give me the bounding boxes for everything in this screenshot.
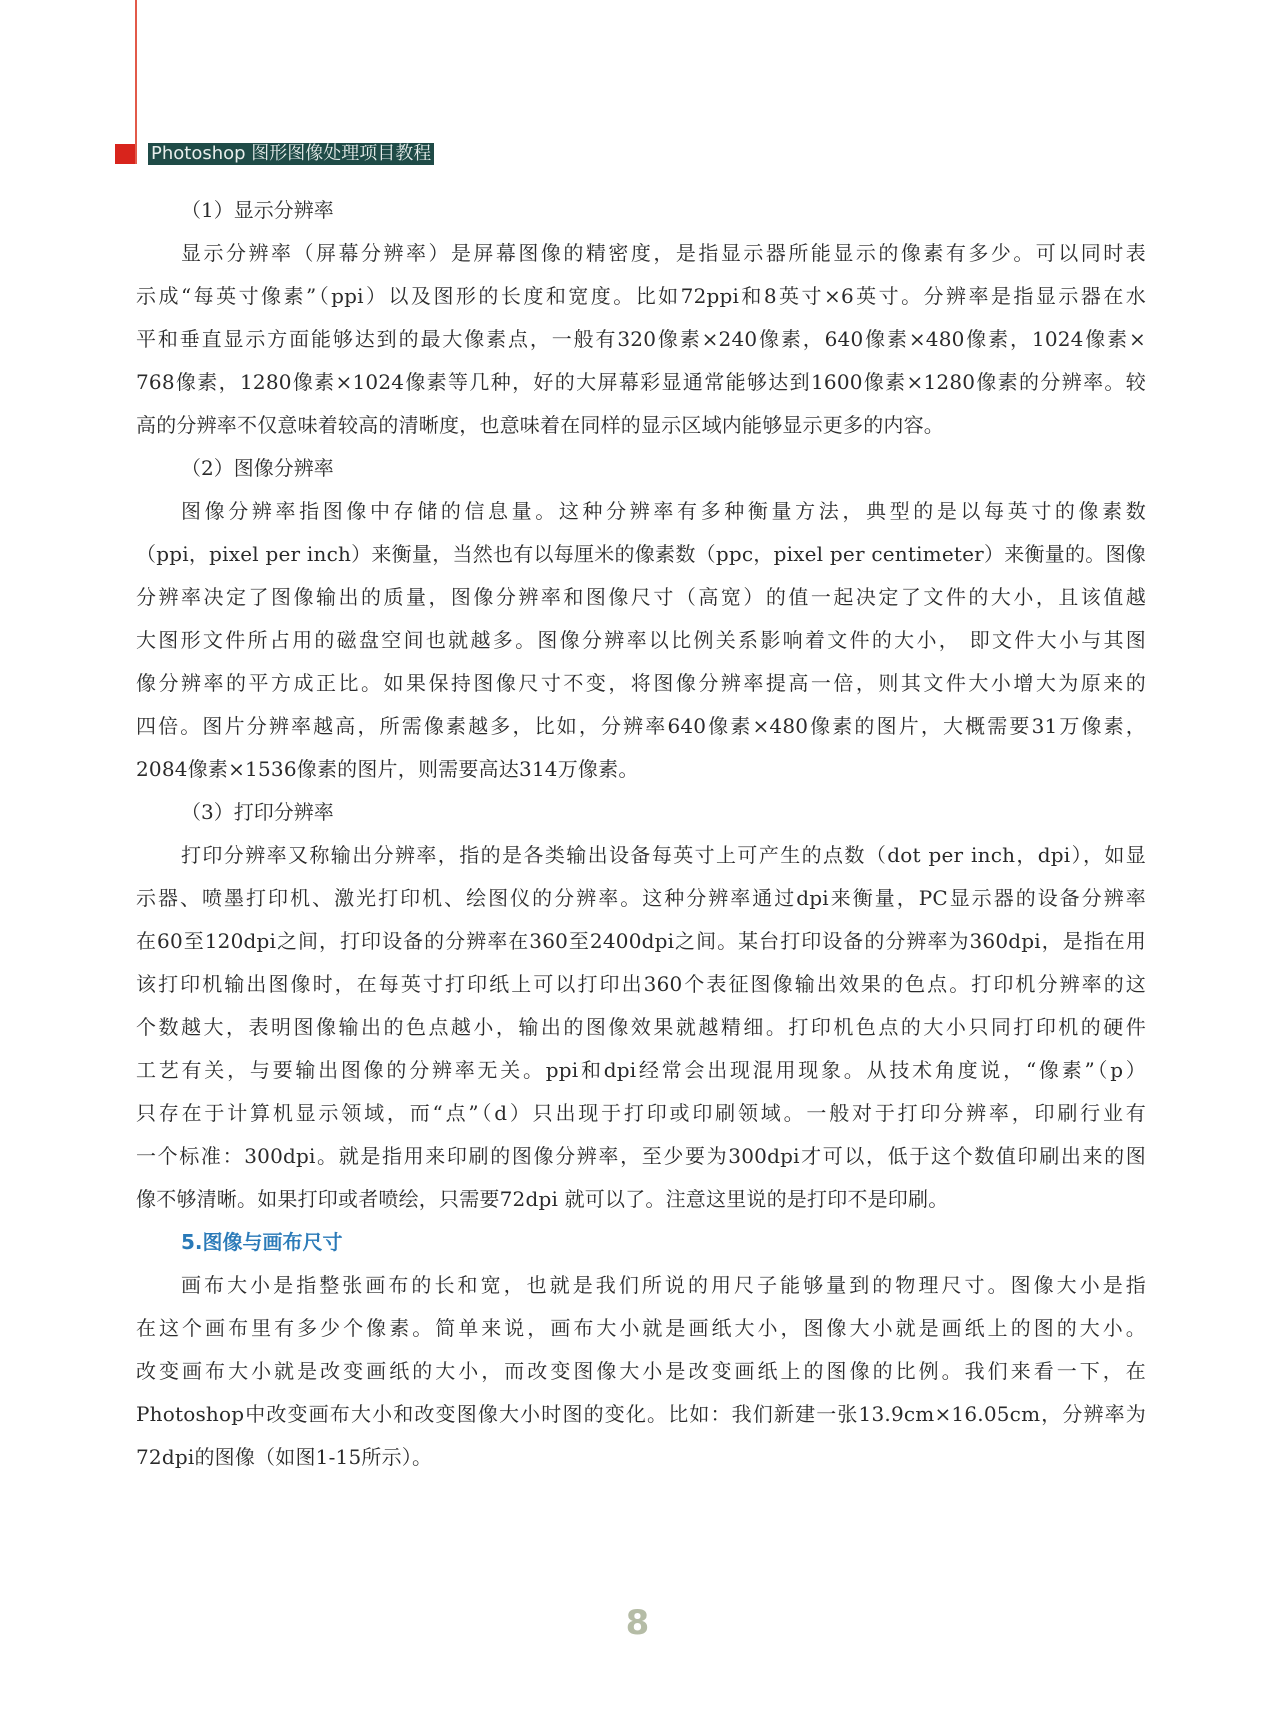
text-line: 示成“每英寸像素”（ppi）以及图形的长度和宽度。比如72ppi和8英寸×6英寸… — [136, 275, 1146, 318]
text-line: 72dpi的图像（如图1-15所示）。 — [136, 1436, 1146, 1479]
paragraph-canvas-size: 画布大小是指整张画布的长和宽，也就是我们所说的用尺子能够量到的物理尺寸。图像大小… — [136, 1264, 1146, 1479]
page-number: 8 — [0, 1603, 1275, 1643]
text-line: 显示分辨率（屏幕分辨率）是屏幕图像的精密度，是指显示器所能显示的像素有多少。可以… — [136, 232, 1146, 275]
text-line: 768像素，1280像素×1024像素等几种，好的大屏幕彩显通常能够达到1600… — [136, 361, 1146, 404]
text-line: 高的分辨率不仅意味着较高的清晰度，也意味着在同样的显示区域内能够显示更多的内容。 — [136, 404, 1146, 447]
text-line: 该打印机输出图像时，在每英寸打印纸上可以打印出360个表征图像输出效果的色点。打… — [136, 963, 1146, 1006]
text-line: 像分辨率的平方成正比。如果保持图像尺寸不变，将图像分辨率提高一倍，则其文件大小增… — [136, 662, 1146, 705]
margin-rule-line — [135, 0, 137, 164]
text-line: 画布大小是指整张画布的长和宽，也就是我们所说的用尺子能够量到的物理尺寸。图像大小… — [136, 1264, 1146, 1307]
text-line: 一个标准：300dpi。就是指用来印刷的图像分辨率，至少要为300dpi才可以，… — [136, 1135, 1146, 1178]
paragraph-print-resolution: 打印分辨率又称输出分辨率，指的是各类输出设备每英寸上可产生的点数（dot per… — [136, 834, 1146, 1221]
text-line: 大图形文件所占用的磁盘空间也就越多。图像分辨率以比例关系影响着文件的大小， 即文… — [136, 619, 1146, 662]
paragraph-display-resolution: 显示分辨率（屏幕分辨率）是屏幕图像的精密度，是指显示器所能显示的像素有多少。可以… — [136, 232, 1146, 447]
page-body: （1）显示分辨率 显示分辨率（屏幕分辨率）是屏幕图像的精密度，是指显示器所能显示… — [136, 189, 1146, 1479]
subheading-image-resolution: （2）图像分辨率 — [136, 447, 1146, 490]
text-line: 改变画布大小就是改变画纸的大小，而改变图像大小是改变画纸上的图像的比例。我们来看… — [136, 1350, 1146, 1393]
text-line: 像不够清晰。如果打印或者喷绘，只需要72dpi 就可以了。注意这里说的是打印不是… — [136, 1178, 1146, 1221]
text-line: 个数越大，表明图像输出的色点越小，输出的图像效果就越精细。打印机色点的大小只同打… — [136, 1006, 1146, 1049]
text-line: 四倍。图片分辨率越高，所需像素越多，比如，分辨率640像素×480像素的图片，大… — [136, 705, 1146, 748]
text-line: （ppi，pixel per inch）来衡量，当然也有以每厘米的像素数（ppc… — [136, 533, 1146, 576]
text-line: 在60至120dpi之间，打印设备的分辨率在360至2400dpi之间。某台打印… — [136, 920, 1146, 963]
text-line: 打印分辨率又称输出分辨率，指的是各类输出设备每英寸上可产生的点数（dot per… — [136, 834, 1146, 877]
subheading-print-resolution: （3）打印分辨率 — [136, 791, 1146, 834]
text-line: Photoshop中改变画布大小和改变图像大小时图的变化。比如：我们新建一张13… — [136, 1393, 1146, 1436]
text-line: 工艺有关，与要输出图像的分辨率无关。ppi和dpi经常会出现混用现象。从技术角度… — [136, 1049, 1146, 1092]
subheading-display-resolution: （1）显示分辨率 — [136, 189, 1146, 232]
running-header-title: Photoshop 图形图像处理项目教程 — [148, 143, 434, 165]
text-line: 只存在于计算机显示领域，而“点”（d）只出现于打印或印刷领域。一般对于打印分辨率… — [136, 1092, 1146, 1135]
text-line: 在这个画布里有多少个像素。简单来说，画布大小就是画纸大小，图像大小就是画纸上的图… — [136, 1307, 1146, 1350]
header-marker-square — [115, 144, 135, 164]
text-line: 平和垂直显示方面能够达到的最大像素点，一般有320像素×240像素，640像素×… — [136, 318, 1146, 361]
paragraph-image-resolution: 图像分辨率指图像中存储的信息量。这种分辨率有多种衡量方法，典型的是以每英寸的像素… — [136, 490, 1146, 791]
text-line: 图像分辨率指图像中存储的信息量。这种分辨率有多种衡量方法，典型的是以每英寸的像素… — [136, 490, 1146, 533]
text-line: 2084像素×1536像素的图片，则需要高达314万像素。 — [136, 748, 1146, 791]
text-line: 示器、喷墨打印机、激光打印机、绘图仪的分辨率。这种分辨率通过dpi来衡量，PC显… — [136, 877, 1146, 920]
text-line: 分辨率决定了图像输出的质量，图像分辨率和图像尺寸（高宽）的值一起决定了文件的大小… — [136, 576, 1146, 619]
section-title-canvas-size: 5.图像与画布尺寸 — [136, 1221, 1146, 1264]
